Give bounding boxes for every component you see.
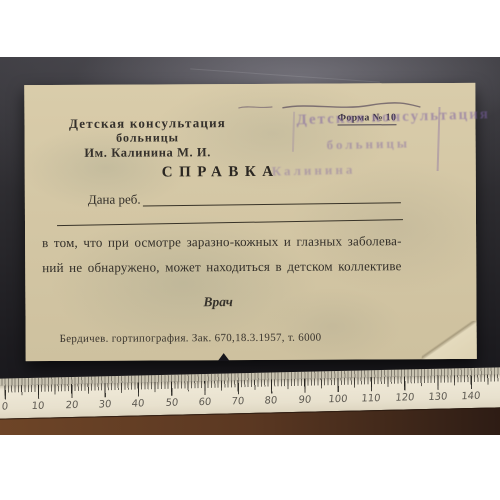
clinic-name-line3: Им. Калинина М. И. <box>57 145 239 161</box>
issued-to-label: Дана реб. <box>88 192 141 208</box>
document-title: СПРАВКА <box>162 164 280 182</box>
photograph: Детская консультация больницы Им. Калини… <box>0 57 500 435</box>
body-text-line2: ний не обнаружено, может находиться в де… <box>42 258 474 276</box>
ruler-number: 20 <box>65 400 79 411</box>
rubber-stamp-line3: Калинина <box>272 162 356 180</box>
blank-fill-line <box>143 202 401 206</box>
ruler-number: 110 <box>361 393 381 404</box>
ruler-number: 10 <box>31 401 45 412</box>
ruler-number: 130 <box>428 392 448 403</box>
ruler-number: 70 <box>231 396 245 407</box>
rubber-stamp-line2: больницы <box>326 135 410 153</box>
folded-corner <box>422 321 477 359</box>
ruler-number: 60 <box>198 397 212 408</box>
certificate-document: Детская консультация больницы Им. Калини… <box>24 83 476 361</box>
blank-fill-line <box>57 219 403 226</box>
edge-tear <box>218 353 230 361</box>
ruler-number: 80 <box>264 395 278 406</box>
ruler-number: 0 <box>1 401 8 412</box>
body-text-line1: в том, что при осмотре заразно-кожных и … <box>42 233 474 251</box>
ruler-number: 90 <box>298 395 312 406</box>
ruler-number: 120 <box>394 392 414 403</box>
doctor-signature-label: Врач <box>203 294 233 310</box>
page: Детская консультация больницы Им. Калини… <box>0 0 500 500</box>
rubber-stamp-border <box>292 112 295 152</box>
ruler-number: 50 <box>165 398 179 409</box>
ruler-number: 30 <box>98 399 112 410</box>
clinic-name-line2: больницы <box>57 130 239 146</box>
print-shop-imprint: Бердичев. гортипография. Зак. 670,18.3.1… <box>60 332 322 345</box>
ruler-number: 40 <box>131 398 145 409</box>
measuring-ruler: 0102030405060708090100110120130140 <box>0 367 500 435</box>
ruler-number: 100 <box>328 394 348 405</box>
surface-scratch <box>190 68 380 82</box>
ruler-number: 140 <box>461 391 481 402</box>
